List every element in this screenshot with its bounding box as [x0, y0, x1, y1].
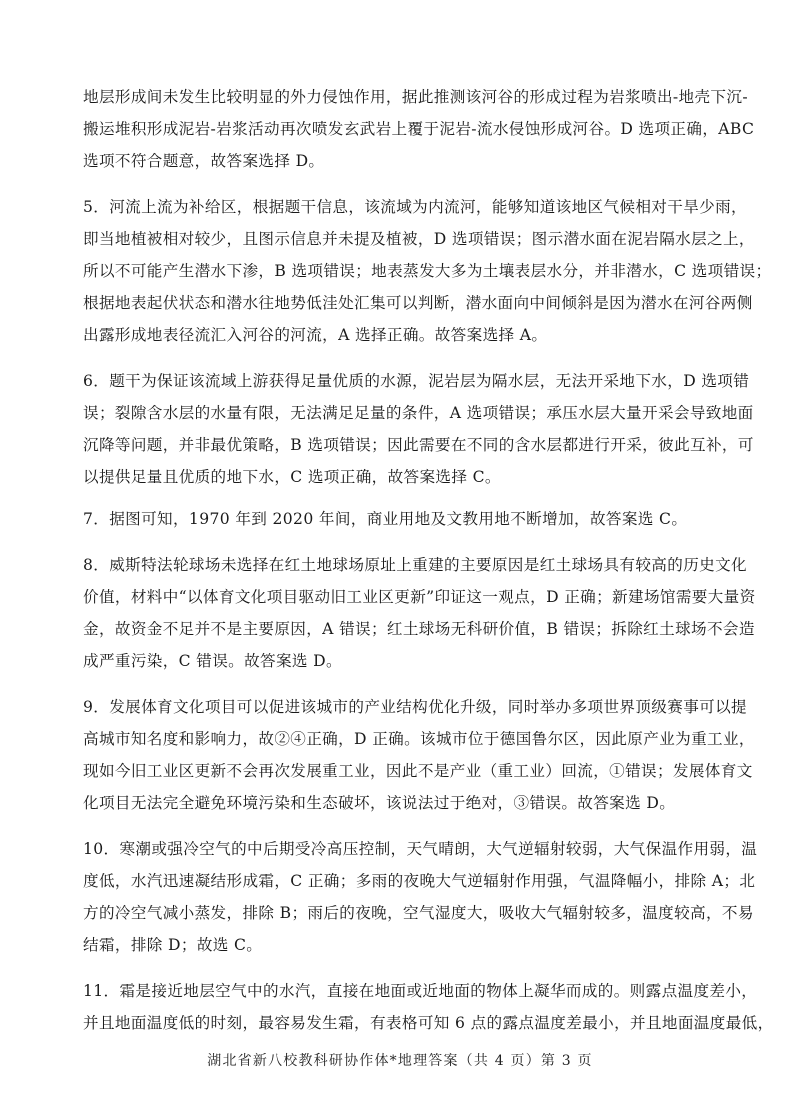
answer-10-line: 10．寒潮或强冷空气的中后期受冷高压控制，天气晴朗，大气逆辐射较弱，大气保温作用… — [83, 838, 723, 860]
text-line: 选项不符合题意，故答案选择 D。 — [83, 150, 723, 172]
answer-5-line: 所以不可能产生潜水下渗，B 选项错误；地表蒸发大多为土壤表层水分，并非潜水，C … — [83, 260, 723, 282]
answer-8-line: 价值，材料中“以体育文化项目驱动旧工业区更新”印证这一观点，D 正确；新建场馆需… — [83, 586, 723, 608]
page-footer: 湖北省新八校教科研协作体*地理答案（共 4 页）第 3 页 — [0, 1050, 800, 1070]
answer-11-line: 11．霜是接近地层空气中的水汽，直接在地面或近地面的物体上凝华而成的。则露点温度… — [83, 980, 723, 1002]
answer-5-line: 出露形成地表径流汇入河谷的河流，A 选择正确。故答案选择 A。 — [83, 324, 723, 346]
answer-8-line: 金，故资金不足并不是主要原因，A 错误；红土球场无科研价值，B 错误；拆除红土球… — [83, 618, 723, 640]
answer-6-line: 6．题干为保证该流域上游获得足量优质的水源，泥岩层为隔水层，无法开采地下水，D … — [83, 370, 723, 392]
answer-7-line: 7．据图可知，1970 年到 2020 年间，商业用地及文教用地不断增加，故答案… — [83, 508, 723, 530]
document-page: 地层形成间未发生比较明显的外力侵蚀作用，据此推测该河谷的形成过程为岩浆喷出-地壳… — [0, 0, 800, 1107]
answer-5-line: 5．河流上流为补给区，根据题干信息，该流域为内流河，能够知道该地区气候相对干旱少… — [83, 196, 723, 218]
answer-8-line: 成严重污染，C 错误。故答案选 D。 — [83, 650, 723, 672]
answer-8-line: 8．威斯特法轮球场未选择在红土地球场原址上重建的主要原因是红土球场具有较高的历史… — [83, 554, 723, 576]
answer-9-line: 现如今旧工业区更新不会再次发展重工业，因此不是产业（重工业）回流，①错误；发展体… — [83, 760, 723, 782]
answer-6-line: 以提供足量且优质的地下水，C 选项正确，故答案选择 C。 — [83, 466, 723, 488]
text-line: 搬运堆积形成泥岩-岩浆活动再次喷发玄武岩上覆于泥岩-流水侵蚀形成河谷。D 选项正… — [83, 118, 723, 140]
answer-5-line: 即当地植被相对较少，且图示信息并未提及植被，D 选项错误；图示潜水面在泥岩隔水层… — [83, 228, 723, 250]
answer-11-line: 并且地面温度低的时刻，最容易发生霜，有表格可知 6 点的露点温度差最小，并且地面… — [83, 1012, 723, 1034]
answer-10-line: 方的冷空气减小蒸发，排除 B；雨后的夜晚，空气湿度大，吸收大气辐射较多，温度较高… — [83, 902, 723, 924]
answer-9-line: 高城市知名度和影响力，故②④正确，D 正确。该城市位于德国鲁尔区，因此原产业为重… — [83, 728, 723, 750]
answer-10-line: 结霜，排除 D；故选 C。 — [83, 934, 723, 956]
answer-10-line: 度低，水汽迅速凝结形成霜，C 正确；多雨的夜晚大气逆辐射作用强，气温降幅小，排除… — [83, 870, 723, 892]
answer-6-line: 沉降等问题，并非最优策略，B 选项错误；因此需要在不同的含水层都进行开采，彼此互… — [83, 434, 723, 456]
answer-6-line: 误；裂隙含水层的水量有限，无法满足足量的条件，A 选项错误；承压水层大量开采会导… — [83, 402, 723, 424]
text-line: 地层形成间未发生比较明显的外力侵蚀作用，据此推测该河谷的形成过程为岩浆喷出-地壳… — [83, 86, 723, 108]
answer-9-line: 化项目无法完全避免环境污染和生态破坏，该说法过于绝对，③错误。故答案选 D。 — [83, 792, 723, 814]
answer-9-line: 9．发展体育文化项目可以促进该城市的产业结构优化升级，同时举办多项世界顶级赛事可… — [83, 696, 723, 718]
answer-5-line: 根据地表起伏状态和潜水往地势低洼处汇集可以判断，潜水面向中间倾斜是因为潜水在河谷… — [83, 292, 723, 314]
